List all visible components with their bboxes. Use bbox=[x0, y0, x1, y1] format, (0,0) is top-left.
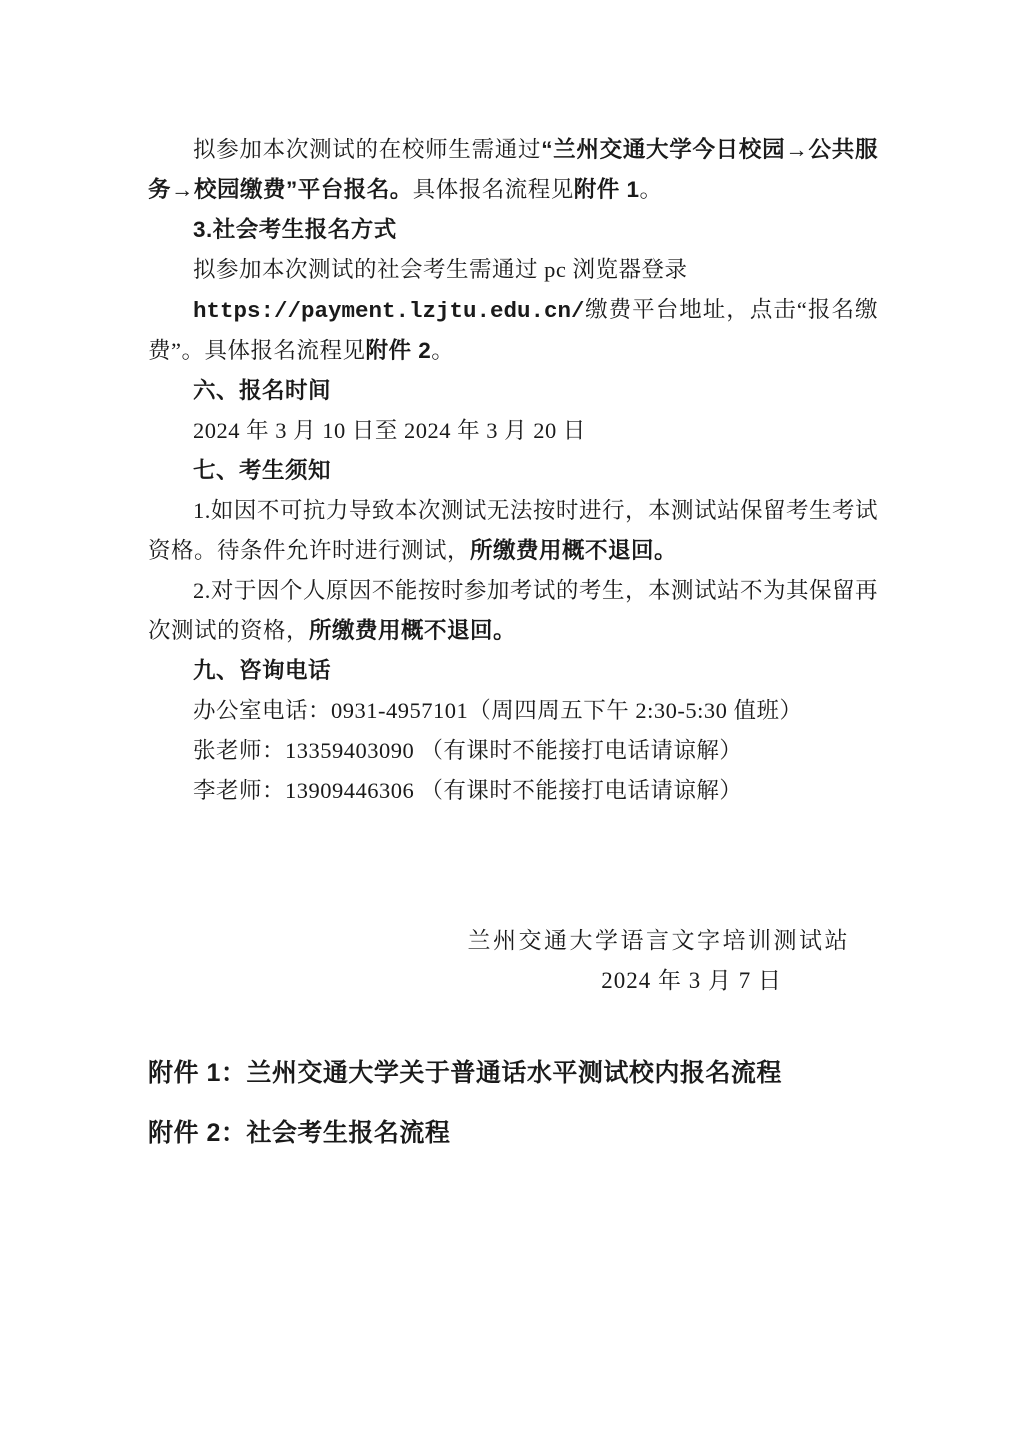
paragraph-social-intro: 拟参加本次测试的社会考生需通过 pc 浏览器登录 bbox=[148, 250, 878, 290]
attachment-2-reference: 附件 2 bbox=[366, 338, 432, 363]
paragraph-payment-url: https://payment.lzjtu.edu.cn/缴费平台地址，点击“报… bbox=[148, 290, 878, 371]
text-run: 具体报名流程见 bbox=[413, 177, 574, 202]
paragraph-notice-item-2: 2.对于因个人原因不能按时参加考试的考生，本测试站不为其保留再次测试的资格，所缴… bbox=[148, 571, 878, 651]
text-run: 。 bbox=[431, 338, 454, 363]
heading-section-7-candidate-notice: 七、考生须知 bbox=[148, 451, 878, 491]
paragraph-notice-item-1: 1.如因不可抗力导致本次测试无法按时进行，本测试站保留考生考试资格。待条件允许时… bbox=[148, 491, 878, 571]
signature-block: 兰州交通大学语言文字培训测试站 2024 年 3 月 7 日 bbox=[148, 921, 878, 1001]
heading-section-9-contact-phones: 九、咨询电话 bbox=[148, 651, 878, 691]
paragraph-campus-registration: 拟参加本次测试的在校师生需通过“兰州交通大学今日校园→公共服务→校园缴费”平台报… bbox=[148, 130, 878, 210]
heading-section-6-registration-time: 六、报名时间 bbox=[148, 371, 878, 411]
heading-social-candidate-method: 3.社会考生报名方式 bbox=[148, 210, 878, 250]
text-run: 拟参加本次测试的在校师生需通过 bbox=[193, 137, 541, 162]
attachment-1-title: 附件 1：兰州交通大学关于普通话水平测试校内报名流程 bbox=[148, 1043, 878, 1103]
paragraph-teacher-zhang-phone: 张老师：13359403090 （有课时不能接打电话请谅解） bbox=[148, 731, 878, 771]
document-page: 拟参加本次测试的在校师生需通过“兰州交通大学今日校园→公共服务→校园缴费”平台报… bbox=[0, 0, 1024, 1448]
no-refund-bold: 所缴费用概不退回。 bbox=[309, 618, 516, 643]
payment-url-text: https://payment.lzjtu.edu.cn/ bbox=[193, 298, 585, 324]
signature-organization: 兰州交通大学语言文字培训测试站 bbox=[148, 921, 878, 961]
text-run: 。 bbox=[640, 177, 663, 202]
paragraph-teacher-li-phone: 李老师：13909446306 （有课时不能接打电话请谅解） bbox=[148, 771, 878, 811]
signature-date: 2024 年 3 月 7 日 bbox=[148, 961, 878, 1001]
attachment-1-reference: 附件 1 bbox=[574, 177, 640, 202]
document-body: 拟参加本次测试的在校师生需通过“兰州交通大学今日校园→公共服务→校园缴费”平台报… bbox=[0, 0, 1024, 1163]
paragraph-office-phone: 办公室电话：0931-4957101（周四周五下午 2:30-5:30 值班） bbox=[148, 691, 878, 731]
paragraph-registration-dates: 2024 年 3 月 10 日至 2024 年 3 月 20 日 bbox=[148, 411, 878, 451]
attachment-2-title: 附件 2：社会考生报名流程 bbox=[148, 1103, 878, 1163]
attachments-list: 附件 1：兰州交通大学关于普通话水平测试校内报名流程 附件 2：社会考生报名流程 bbox=[148, 1043, 878, 1163]
no-refund-bold: 所缴费用概不退回。 bbox=[470, 538, 677, 563]
